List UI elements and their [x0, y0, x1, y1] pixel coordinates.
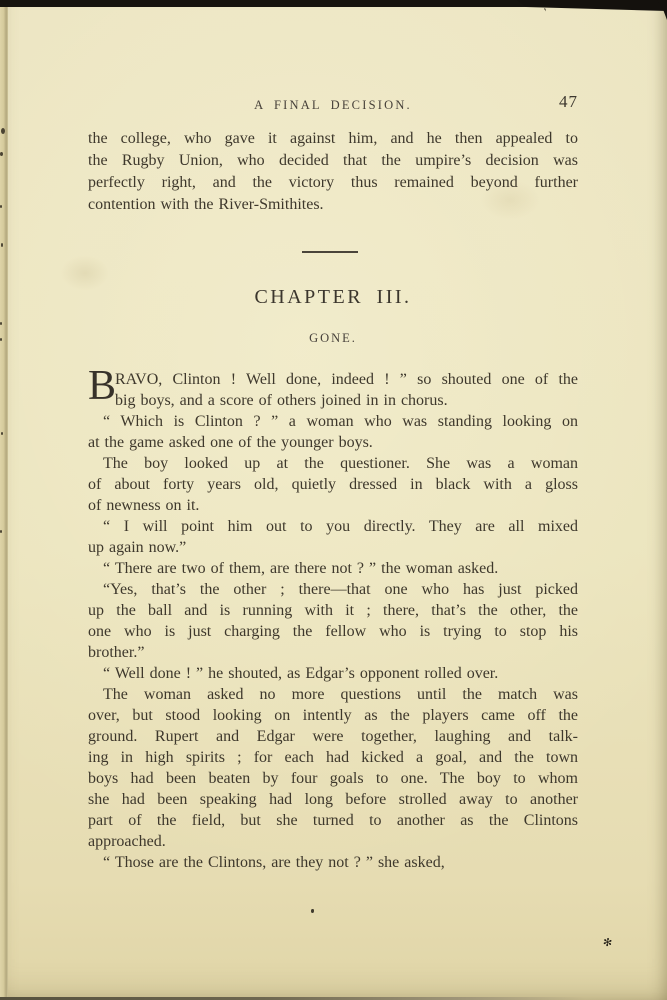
scan-edge-top-right: [517, 0, 667, 11]
paragraph: “ Which is Clinton ? ” a woman who was s…: [88, 411, 578, 453]
scan-speck: [0, 322, 2, 325]
ink-tick-mark: ’: [542, 6, 552, 18]
scan-speck: [0, 152, 3, 156]
text-line: she had been speaking had long before st…: [88, 789, 578, 810]
paragraph: “ Those are the Clintons, are they not ?…: [88, 852, 578, 873]
text-line: of about forty years old, quietly dresse…: [88, 474, 578, 495]
drop-cap: B: [88, 370, 112, 409]
text-line: RAVO, Clinton ! Well done, indeed ! ” so…: [88, 369, 578, 390]
paragraph: BRAVO, Clinton ! Well done, indeed ! ” s…: [88, 369, 578, 411]
text-line: “ I will point him out to you directly. …: [88, 516, 578, 537]
paragraph: “Yes, that’s the other ; there—that one …: [88, 579, 578, 663]
text-line: ground. Rupert and Edgar were together, …: [88, 726, 578, 747]
text-line: the college, who gave it against him, an…: [88, 128, 578, 150]
text-line: brother.”: [88, 642, 578, 663]
paragraph: “ There are two of them, are there not ?…: [88, 558, 578, 579]
scan-speck: [1, 128, 5, 134]
text-line: “ Well done ! ” he shouted, as Edgar’s o…: [88, 663, 578, 684]
scan-speck: [0, 530, 2, 533]
chapter-title: CHAPTER III.: [88, 286, 578, 309]
book-page-scan: A FINAL DECISION. 47 the college, who ga…: [0, 0, 667, 1000]
section-divider: [302, 251, 358, 253]
ink-dot: [311, 909, 314, 913]
text-line: The woman asked no more questions until …: [88, 684, 578, 705]
scan-speck: [0, 338, 2, 341]
chapter-subtitle: GONE.: [88, 331, 578, 346]
text-line: contention with the River-Smithites.: [88, 194, 578, 216]
chapter-body-column: BRAVO, Clinton ! Well done, indeed ! ” s…: [88, 369, 578, 873]
text-line: approached.: [88, 831, 578, 852]
intro-paragraph-column: the college, who gave it against him, an…: [88, 128, 578, 216]
text-line: of newness on it.: [88, 495, 578, 516]
scan-speck: [1, 432, 3, 435]
scan-speck: [0, 205, 2, 208]
text-line: over, but stood looking on intently as t…: [88, 705, 578, 726]
text-line: “ Those are the Clintons, are they not ?…: [88, 852, 578, 873]
paragraph: “ Well done ! ” he shouted, as Edgar’s o…: [88, 663, 578, 684]
page-number: 47: [559, 92, 578, 112]
paragraph: the college, who gave it against him, an…: [88, 128, 578, 216]
text-line: The boy looked up at the questioner. She…: [88, 453, 578, 474]
text-line: boys had been beaten by four goals to on…: [88, 768, 578, 789]
paragraph: “ I will point him out to you directly. …: [88, 516, 578, 558]
running-title: A FINAL DECISION.: [88, 98, 578, 113]
text-line: up the ball and is running with it ; the…: [88, 600, 578, 621]
text-line: up again now.”: [88, 537, 578, 558]
text-line: at the game asked one of the younger boy…: [88, 432, 578, 453]
paragraph: The woman asked no more questions until …: [88, 684, 578, 852]
paragraph: The boy looked up at the questioner. She…: [88, 453, 578, 516]
scan-speck: [1, 243, 3, 247]
ink-blot: ✻: [602, 935, 613, 949]
text-line: “ There are two of them, are there not ?…: [88, 558, 578, 579]
text-line: “ Which is Clinton ? ” a woman who was s…: [88, 411, 578, 432]
page-header: A FINAL DECISION. 47: [88, 96, 578, 116]
text-line: part of the field, but she turned to ano…: [88, 810, 578, 831]
text-line: “Yes, that’s the other ; there—that one …: [88, 579, 578, 600]
text-line: the Rugby Union, who decided that the um…: [88, 150, 578, 172]
text-line: big boys, and a score of others joined i…: [88, 390, 578, 411]
text-line: ing in high spirits ; for each had kicke…: [88, 747, 578, 768]
text-line: perfectly right, and the victory thus re…: [88, 172, 578, 194]
text-line: one who is just charging the fellow who …: [88, 621, 578, 642]
